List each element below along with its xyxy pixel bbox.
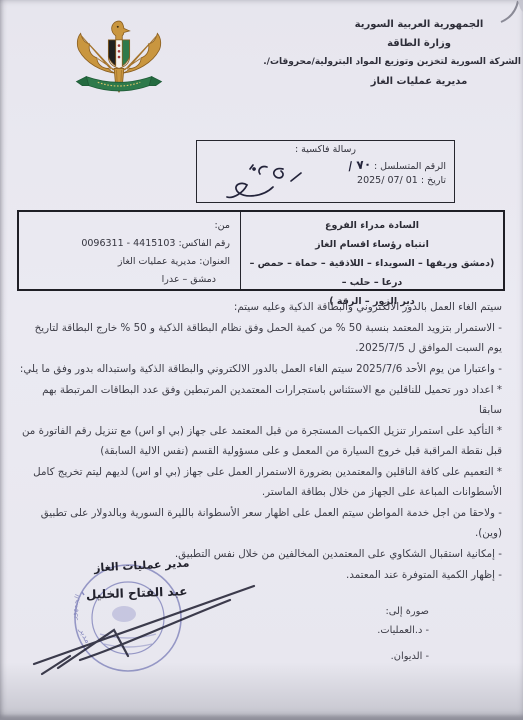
- to-line: (دمشق وريفها – السويداء – اللاذقية – حما…: [241, 254, 503, 292]
- copy-to-label: صورة إلى:: [305, 603, 429, 620]
- body-paragraph: * اعداد دور تحميل للناقلين مع الاستئناس …: [19, 380, 502, 420]
- to-cell: السادة مدراء الفروع انتباه رؤساء اقسام ا…: [240, 212, 503, 289]
- pen-signature-icon: [22, 568, 267, 683]
- serial-label: الرقم المتسلسل :: [374, 161, 446, 172]
- letterhead-line: الجمهورية العربية السورية: [317, 15, 521, 34]
- body-paragraph: - واعتبارا من يوم الأحد 2025/7/6 سيتم ال…: [19, 359, 502, 379]
- scan-edge-shadow: [0, 714, 523, 720]
- body-paragraph: - الاستمرار بتزويد المعتمد بنسبة 50 % من…: [19, 318, 502, 358]
- to-line: السادة مدراء الفروع: [241, 216, 503, 235]
- from-label: من:: [25, 217, 230, 235]
- fax-number-label: رقم الفاكس:: [178, 238, 230, 249]
- letterhead-line: وزارة الطاقة: [317, 34, 521, 53]
- body-paragraph: - ولاحقا من اجل خدمة المواطن سيتم العمل …: [19, 503, 502, 543]
- fax-number-value: 0096311 - 4415103: [81, 238, 175, 249]
- date-label: تاريخ :: [421, 175, 446, 186]
- serial-value-handwritten: ٧٠ /: [347, 157, 372, 173]
- from-address: العنوان: مديرية عمليات الغاز: [25, 253, 230, 271]
- copy-to-block: صورة إلى: - د.العمليات. - الديوان.: [305, 603, 429, 665]
- recipients-table: من: رقم الفاكس: 0096311 - 4415103 العنوا…: [17, 210, 505, 291]
- letterhead: الجمهورية العربية السورية وزارة الطاقة ا…: [317, 15, 521, 91]
- fax-document-page: الجمهورية العربية السورية وزارة الطاقة ا…: [0, 0, 523, 720]
- from-city: دمشق – عدرا: [25, 271, 230, 289]
- to-line: انتباه رؤساء اقسام الغاز: [241, 235, 503, 254]
- letter-body: سيتم الغاء العمل بالدور الالكتروني والبط…: [19, 297, 502, 586]
- letterhead-line: الشركة السورية لتخزين وتوزيع المواد البت…: [317, 53, 521, 72]
- body-paragraph: * التعميم على كافة الناقلين والمعتمدين ب…: [19, 462, 502, 502]
- copy-to-item: - الديوان.: [305, 648, 429, 665]
- fax-serial-row: الرقم المتسلسل : ٧٠ /: [205, 158, 446, 172]
- body-paragraph: * التأكيد على استمرار تنزيل الكميات المس…: [19, 421, 502, 461]
- fax-date-row: تاريخ : 2025/ 07/ 01: [205, 175, 446, 186]
- fax-title: رسالة فاكسية :: [205, 144, 446, 155]
- syrian-coat-of-arms-icon: [70, 12, 168, 120]
- from-cell: من: رقم الفاكس: 0096311 - 4415103 العنوا…: [19, 212, 240, 289]
- from-fax-row: رقم الفاكس: 0096311 - 4415103: [25, 235, 230, 253]
- copy-to-item: - د.العمليات.: [305, 622, 429, 639]
- letterhead-line: مديرية عمليات الغاز: [317, 72, 521, 91]
- date-value: 2025/ 07/ 01: [357, 175, 418, 186]
- fax-info-box: رسالة فاكسية : الرقم المتسلسل : ٧٠ / تار…: [196, 140, 455, 203]
- body-paragraph: سيتم الغاء العمل بالدور الالكتروني والبط…: [19, 297, 502, 317]
